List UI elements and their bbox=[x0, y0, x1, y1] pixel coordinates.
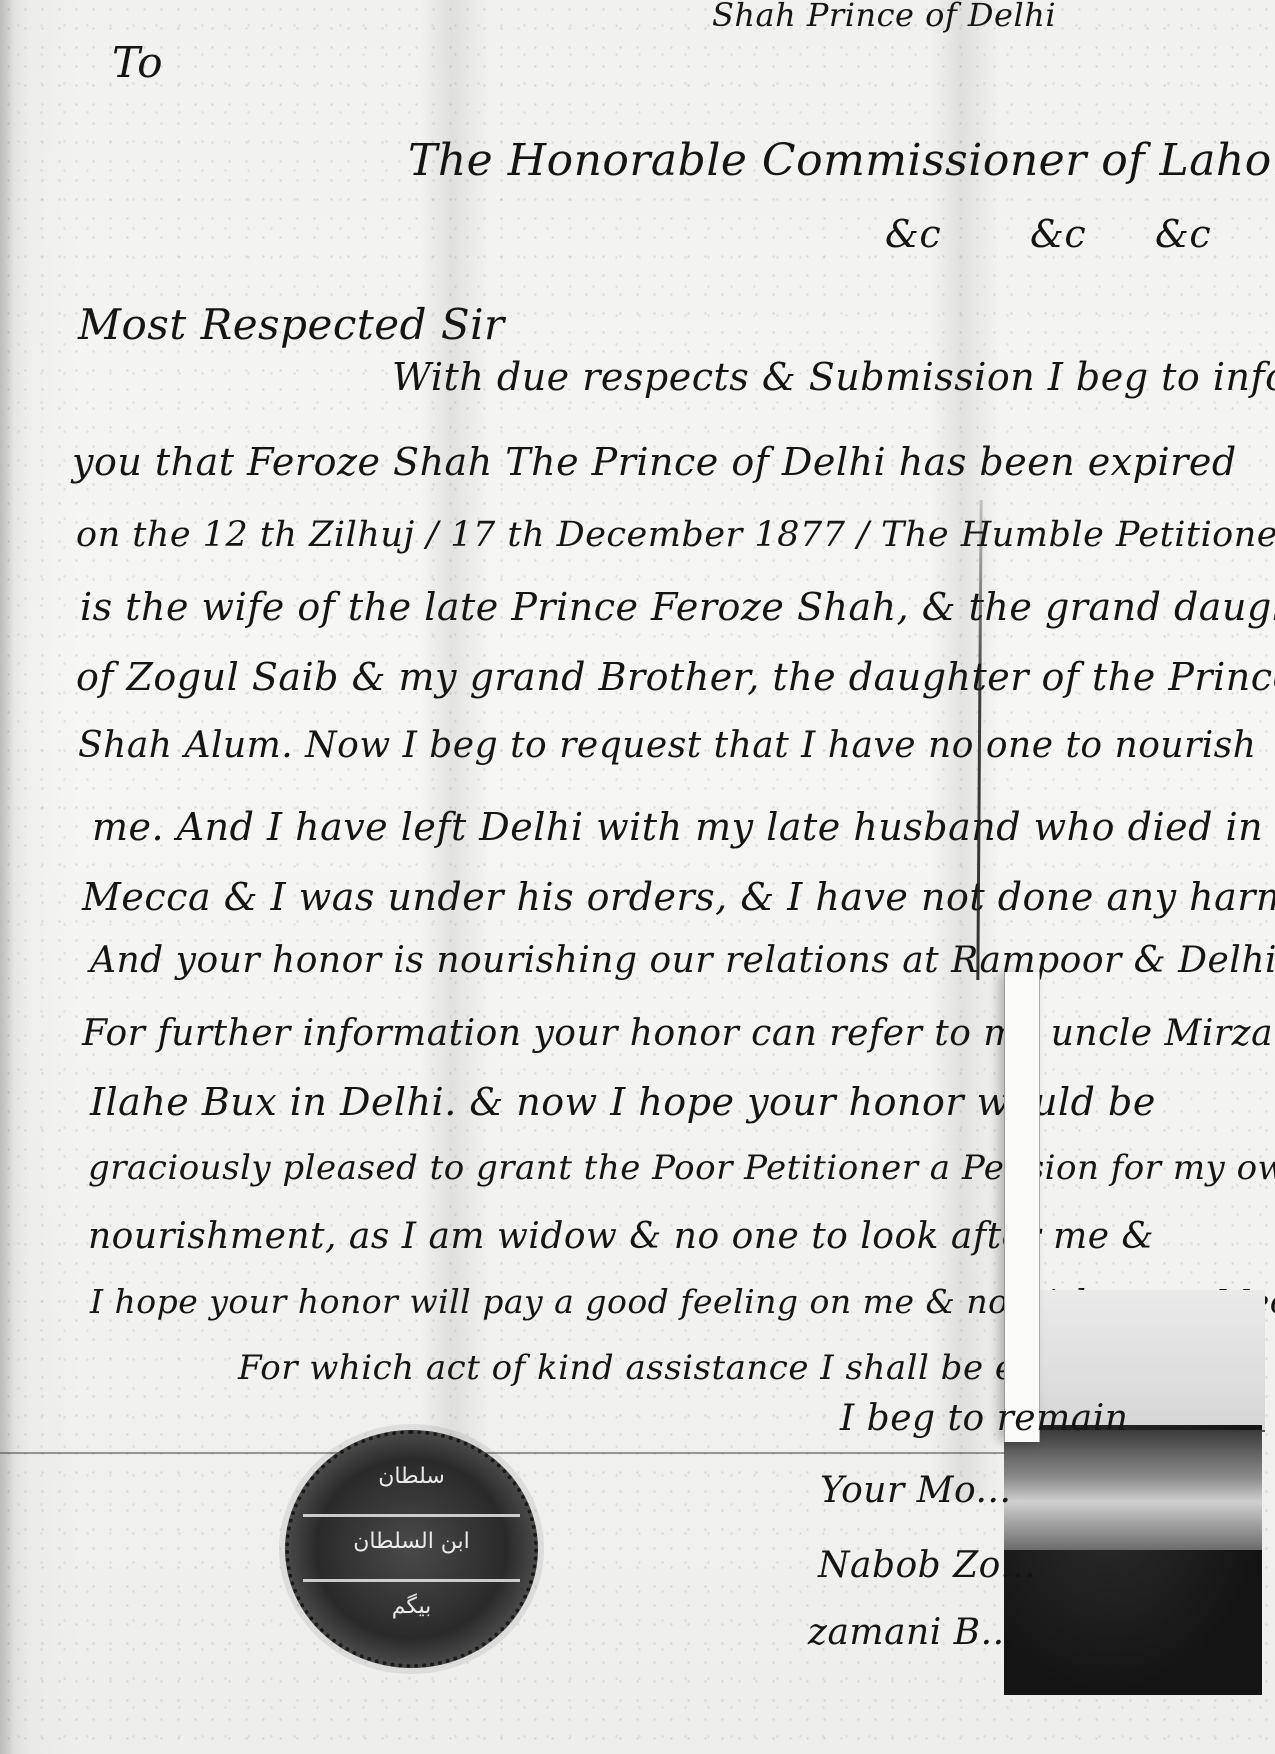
body-line: Ilahe Bux in Delhi. & now I hope your ho… bbox=[90, 1080, 1156, 1124]
scanned-letter-page: Shah Prince of Delhi To The Honorable Co… bbox=[0, 0, 1275, 1754]
page-left-edge-shadow bbox=[0, 0, 14, 1754]
signature-name: zamani B... bbox=[808, 1612, 1016, 1653]
scan-smudge bbox=[1004, 1430, 1262, 1550]
seal-text-row: بیگم bbox=[289, 1594, 534, 1619]
paper-fold-line bbox=[0, 1452, 1005, 1454]
body-line: Shah Alum. Now I beg to request that I h… bbox=[78, 725, 1256, 766]
closing-line: Your Mo... bbox=[820, 1470, 1011, 1511]
ink-seal-stamp: سلطان ابن السلطان بیگم bbox=[285, 1430, 538, 1668]
body-line: is the wife of the late Prince Feroze Sh… bbox=[80, 585, 1275, 629]
body-line: For further information your honor can r… bbox=[82, 1013, 1273, 1054]
signature-name: Nabob Zo... bbox=[818, 1545, 1036, 1586]
body-line: nourishment, as I am widow & no one to l… bbox=[88, 1216, 1154, 1257]
body-line: you that Feroze Shah The Prince of Delhi… bbox=[72, 440, 1237, 484]
body-line: of Zogul Saib & my grand Brother, the da… bbox=[76, 655, 1275, 699]
closing-line: I beg to remain bbox=[840, 1398, 1128, 1439]
addressee-line: The Honorable Commissioner of Lahore bbox=[408, 135, 1275, 186]
seal-text-row: ابن السلطان bbox=[289, 1529, 534, 1554]
body-line: me. And I have left Delhi with my late h… bbox=[92, 805, 1263, 849]
salutation-to: To bbox=[112, 38, 163, 87]
etc-mark: &c bbox=[1030, 212, 1086, 256]
etc-mark: &c bbox=[885, 212, 941, 256]
body-line: graciously pleased to grant the Poor Pet… bbox=[88, 1148, 1275, 1188]
body-line: Mecca & I was under his orders, & I have… bbox=[82, 875, 1275, 919]
repair-tape-strip bbox=[1004, 972, 1040, 1442]
body-line: on the 12 th Zilhuj / 17 th December 187… bbox=[76, 515, 1275, 555]
seal-divider bbox=[303, 1514, 520, 1517]
seal-divider bbox=[303, 1579, 520, 1582]
body-line: And your honor is nourishing our relatio… bbox=[90, 940, 1275, 981]
greeting: Most Respected Sir bbox=[78, 300, 505, 349]
body-line: With due respects & Submission I beg to … bbox=[392, 355, 1275, 399]
seal-text-row: سلطان bbox=[289, 1464, 534, 1489]
etc-mark: &c bbox=[1155, 212, 1211, 256]
header-note: Shah Prince of Delhi bbox=[712, 0, 1056, 34]
